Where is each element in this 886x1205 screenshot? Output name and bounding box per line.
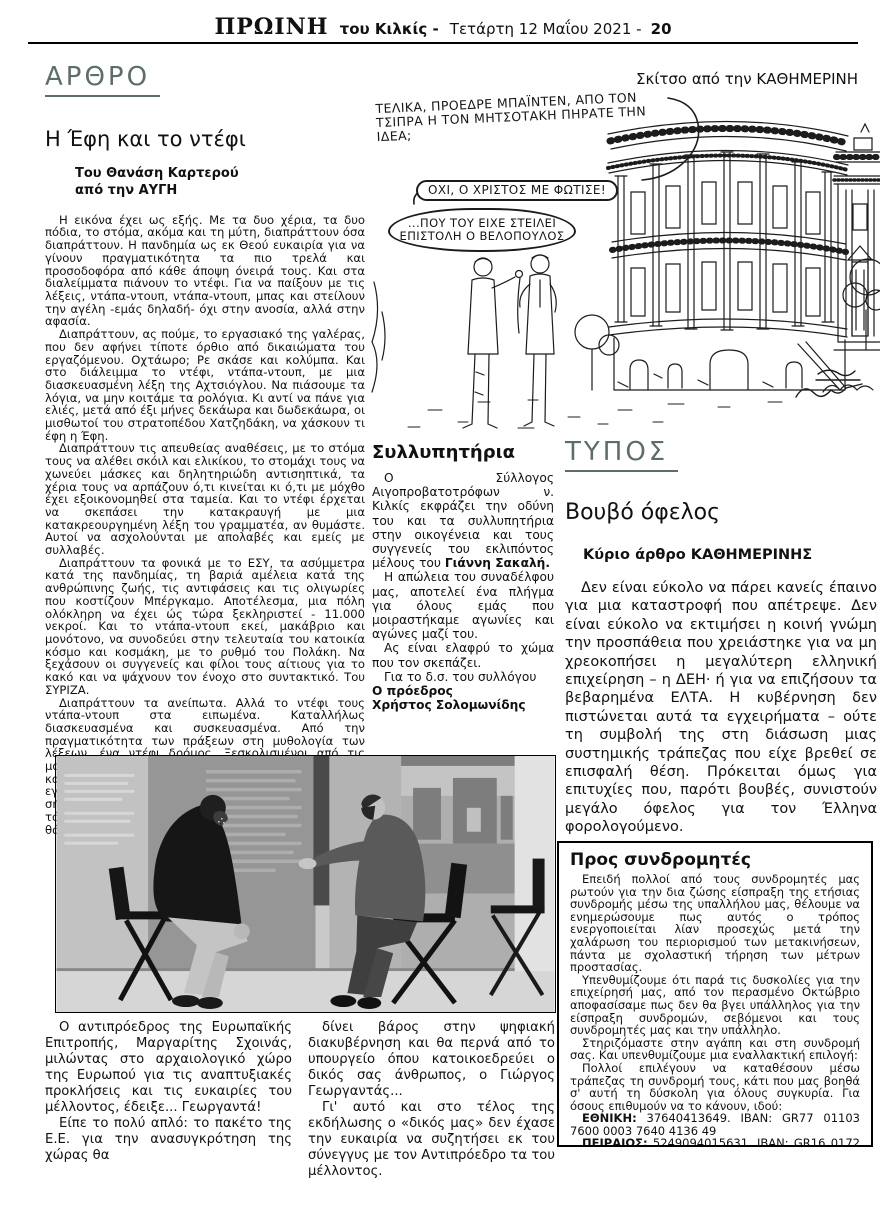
story-paragraph: δίνει βάρος στην ψηφιακή διακυβέρνηση κα…: [308, 1020, 555, 1100]
article-paragraph: Διαπράττουν, ας πούμε, το εργασιακό της …: [45, 328, 365, 442]
press-article-kicker: Κύριο άρθρο ΚΑΘΗΜΕΡΙΝΗΣ: [583, 547, 877, 563]
article-arthro: ΑΡΘΡΟ Η Έφη και το ντέφι Του Θανάση Καρτ…: [45, 62, 365, 836]
press-article-body: Δεν είναι εύκολο να πάρει κανείς έπαινο …: [565, 579, 877, 837]
press-article-paragraph: Δεν είναι εύκολο να πάρει κανείς έπαινο …: [565, 579, 877, 837]
page-number: 20: [651, 20, 672, 38]
story-paragraph: Ο αντιπρόεδρος της Ευρωπαϊκής Επιτροπής,…: [45, 1020, 292, 1116]
photo-illustration: [56, 756, 555, 1012]
subscribers-paragraph: Στηριζόμαστε στην αγάπη και στη συνδρομή…: [570, 1037, 860, 1062]
subscribers-title: Προς συνδρομητές: [570, 850, 860, 870]
header-rule: [28, 42, 858, 44]
cartoon-drawing-white-house: [368, 92, 880, 444]
byline-author: Του Θανάση Καρτερού: [75, 166, 365, 183]
press-article-title: Βουβό όφελος: [565, 500, 877, 525]
article-byline: Του Θανάση Καρτερού από την ΑΥΓΗ: [75, 166, 365, 200]
article-paragraph: Διαπράττουν τις απευθείας αναθέσεις, με …: [45, 442, 365, 556]
subscribers-paragraph: Υπενθυμίζουμε ότι παρά τις δυσκολίες για…: [570, 974, 860, 1037]
page-header: ΠΡΩΙΝΗ του Κιλκίς - Τετάρτη 12 Μαΐου 202…: [0, 14, 886, 40]
section-label-typos: ΤΥΠΟΣ: [565, 437, 678, 472]
subscribers-paragraph: Πολλοί επιλέγουν να καταθέσουν μέσω τράπ…: [570, 1062, 860, 1112]
story-paragraph: Γι' αυτό και στο τέλος της εκδήλωσης ο «…: [308, 1100, 555, 1180]
condolences-title: Συλλυπητήρια: [372, 442, 554, 463]
article-paragraph: Η εικόνα έχει ως εξής. Με τα δυο χέρια, …: [45, 214, 365, 328]
speech-bubble-velopoulos: ...ΠΟΥ ΤΟΥ ΕΙΧΕ ΣΤΕΙΛΕΙ ΕΠΙΣΤΟΛΗ Ο ΒΕΛΟΠ…: [388, 208, 576, 252]
speech-bubble-answer: ΟΧΙ, Ο ΧΡΙΣΤΟΣ ΜΕ ΦΩΤΙΣΕ!: [416, 180, 618, 201]
condolences-paragraph: Ο Σύλλογος Αιγοπροβατοτρόφων ν. Κιλκίς ε…: [372, 471, 554, 570]
article-title: Η Έφη και το ντέφι: [45, 127, 365, 151]
bank-account-ethniki: ΕΘΝΙΚΗ: 37640413649. IBAN: GR77 01103 76…: [570, 1112, 860, 1137]
deceased-name: Γιάννη Σακαλή.: [445, 556, 550, 570]
editorial-cartoon: ΤΕΛΙΚΑ, ΠΡΟΕΔΡΕ ΜΠΑΪΝΤΕΝ, ΑΠΟ ΤΟΝ ΤΣΙΠΡΑ…: [368, 92, 880, 444]
bank-account-peiraios: ΠΕΙΡΑΙΩΣ: 5249094015631. IBAN: GR16 0172…: [570, 1137, 860, 1147]
condolences-paragraph: Η απώλεια του συναδέλφου μας, αποτελεί έ…: [372, 570, 554, 641]
photo-story-text: Ο αντιπρόεδρος της Ευρωπαϊκής Επιτροπής,…: [45, 1020, 556, 1180]
photo-story-column-2: δίνει βάρος στην ψηφιακή διακυβέρνηση κα…: [308, 1020, 555, 1180]
masthead-region: του Κιλκίς -: [340, 20, 439, 38]
byline-source: από την ΑΥΓΗ: [75, 183, 365, 200]
issue-date: Τετάρτη 12 Μαΐου 2021 -: [450, 20, 642, 38]
section-label-arthro: ΑΡΘΡΟ: [45, 62, 160, 97]
subscribers-paragraph: Επειδή πολλοί από τους συνδρομητές μας ρ…: [570, 873, 860, 974]
masthead-title: ΠΡΩΙΝΗ: [214, 14, 328, 40]
condolences-notice: Συλλυπητήρια Ο Σύλλογος Αιγοπροβατοτρόφω…: [372, 442, 554, 712]
condolences-president-name: Χρήστος Σολομωνίδης: [372, 698, 554, 712]
article-paragraph: Διαπράττουν τα φονικά με το ΕΣΥ, τα ασύμ…: [45, 557, 365, 697]
story-paragraph: Είπε το πολύ απλό: το πακέτο της Ε.Ε. γι…: [45, 1116, 292, 1164]
cartoonist-signature: [796, 370, 862, 397]
news-photo-schinas-meeting: [55, 755, 556, 1013]
press-column: ΤΥΠΟΣ Βουβό όφελος Κύριο άρθρο ΚΑΘΗΜΕΡΙΝ…: [565, 437, 877, 837]
cartoon-credit: Σκίτσο από την ΚΑΘΗΜΕΡΙΝΗ: [636, 70, 858, 88]
bank-label: ΠΕΙΡΑΙΩΣ:: [582, 1136, 648, 1147]
condolences-role: Ο πρόεδρος: [372, 684, 554, 698]
newspaper-page: ΠΡΩΙΝΗ του Κιλκίς - Τετάρτη 12 Μαΐου 202…: [0, 0, 886, 1205]
subscribers-notice-box: Προς συνδρομητές Επειδή πολλοί από τους …: [557, 841, 873, 1147]
condolences-signoff: Για το δ.σ. του συλλόγου: [372, 670, 554, 684]
condolences-paragraph: Ας είναι ελαφρύ το χώμα που τον σκεπάζει…: [372, 641, 554, 669]
article-body: Η εικόνα έχει ως εξής. Με τα δυο χέρια, …: [45, 214, 365, 836]
photo-story-column-1: Ο αντιπρόεδρος της Ευρωπαϊκής Επιτροπής,…: [45, 1020, 292, 1180]
